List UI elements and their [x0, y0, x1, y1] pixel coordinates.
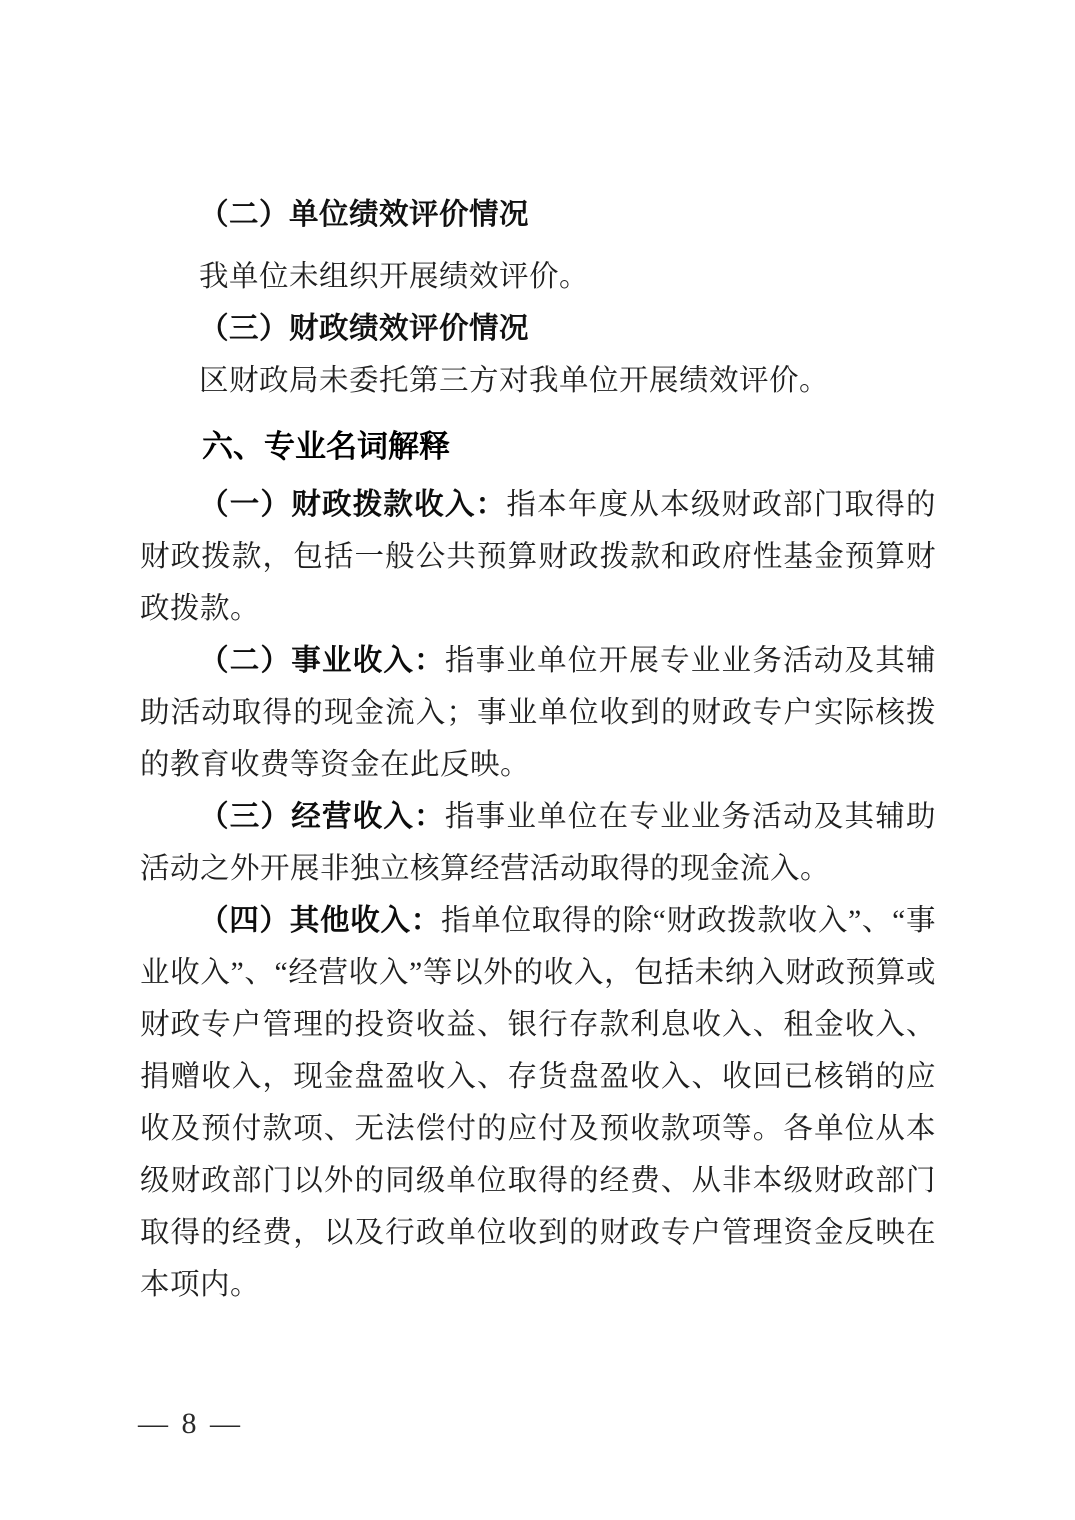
term-label: （四）其他收入： — [199, 905, 441, 937]
section-heading-terminology: 六、专业名词解释 — [140, 421, 936, 473]
term-label: （一）财政拨款收入： — [199, 489, 506, 521]
page-number: — 8 — — [138, 1406, 243, 1442]
definition-paragraph: （一）财政拨款收入：指本年度从本级财政部门取得的财政拨款，包括一般公共预算财政拨… — [140, 479, 936, 635]
term-label: （三）经营收入： — [199, 801, 445, 833]
subsection-heading-unit-evaluation: （二）单位绩效评价情况 — [140, 189, 936, 241]
document-body: （二）单位绩效评价情况 我单位未组织开展绩效评价。 （三）财政绩效评价情况 区财… — [140, 189, 936, 1311]
term-label: （二）事业收入： — [199, 645, 445, 677]
definition-paragraph: （二）事业收入：指事业单位开展专业业务活动及其辅助活动取得的现金流入；事业单位收… — [140, 635, 936, 791]
definition-paragraph: （三）经营收入：指事业单位在专业业务活动及其辅助活动之外开展非独立核算经营活动取… — [140, 791, 936, 895]
document-page: （二）单位绩效评价情况 我单位未组织开展绩效评价。 （三）财政绩效评价情况 区财… — [0, 0, 1075, 1520]
body-paragraph: 区财政局未委托第三方对我单位开展绩效评价。 — [140, 355, 936, 407]
body-paragraph: 我单位未组织开展绩效评价。 — [140, 251, 936, 303]
subsection-heading-finance-evaluation: （三）财政绩效评价情况 — [140, 303, 936, 355]
term-text: 指单位取得的除“财政拨款收入”、“事业收入”、“经营收入”等以外的收入，包括未纳… — [140, 905, 936, 1301]
definition-paragraph: （四）其他收入：指单位取得的除“财政拨款收入”、“事业收入”、“经营收入”等以外… — [140, 895, 936, 1311]
